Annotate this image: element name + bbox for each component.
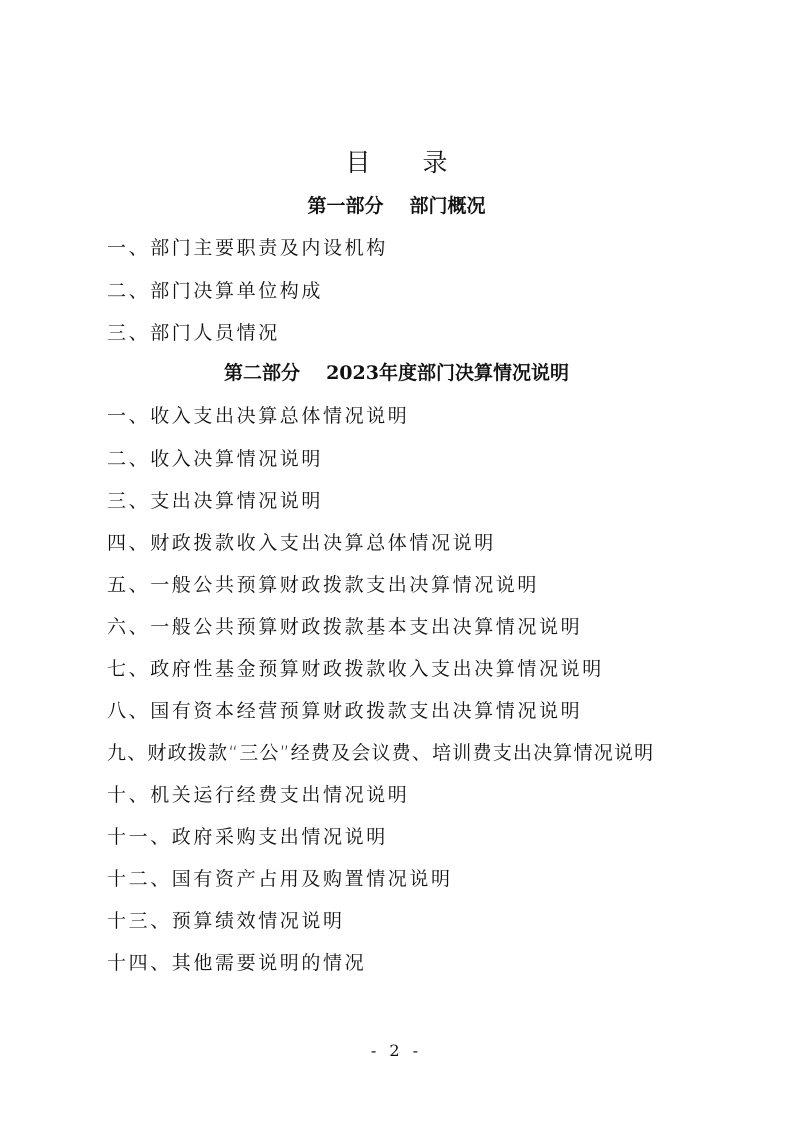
toc-item: 八、国有资本经营预算财政拨款支出决算情况说明 xyxy=(107,696,582,723)
toc-item: 十二、国有资产占用及购置情况说明 xyxy=(107,864,453,891)
toc-item: 一、收入支出决算总体情况说明 xyxy=(107,401,409,428)
toc-item: 二、部门决算单位构成 xyxy=(107,276,323,303)
toc-item: 四、财政拨款收入支出决算总体情况说明 xyxy=(107,528,496,555)
toc-title: 目 录 xyxy=(0,143,793,179)
toc-item: 六、一般公共预算财政拨款基本支出决算情况说明 xyxy=(107,612,582,639)
toc-item: 三、部门人员情况 xyxy=(107,318,280,345)
part-one-heading: 第一部分部门概况 xyxy=(0,191,793,218)
toc-item: 一、部门主要职责及内设机构 xyxy=(107,233,388,260)
part-two-title: 2023年度部门决算情况说明 xyxy=(326,362,569,384)
document-page: 目 录 第一部分部门概况 一、部门主要职责及内设机构 二、部门决算单位构成 三、… xyxy=(0,0,793,1122)
toc-item: 七、政府性基金预算财政拨款收入支出决算情况说明 xyxy=(107,654,604,681)
toc-item: 二、收入决算情况说明 xyxy=(107,444,323,471)
part-two-prefix: 第二部分 xyxy=(224,362,300,384)
part-one-prefix: 第一部分 xyxy=(307,195,383,217)
toc-item: 十、机关运行经费支出情况说明 xyxy=(107,780,409,807)
toc-item: 九、财政拨款“三公”经费及会议费、培训费支出决算情况说明 xyxy=(107,738,654,765)
part-one-title: 部门概况 xyxy=(410,195,486,217)
part-two-heading: 第二部分2023年度部门决算情况说明 xyxy=(0,358,793,385)
toc-item: 十四、其他需要说明的情况 xyxy=(107,948,366,975)
toc-item: 十一、政府采购支出情况说明 xyxy=(107,822,388,849)
page-number: - 2 - xyxy=(0,1041,793,1060)
toc-item: 三、支出决算情况说明 xyxy=(107,486,323,513)
toc-item: 五、一般公共预算财政拨款支出决算情况说明 xyxy=(107,570,539,597)
toc-item: 十三、预算绩效情况说明 xyxy=(107,906,345,933)
